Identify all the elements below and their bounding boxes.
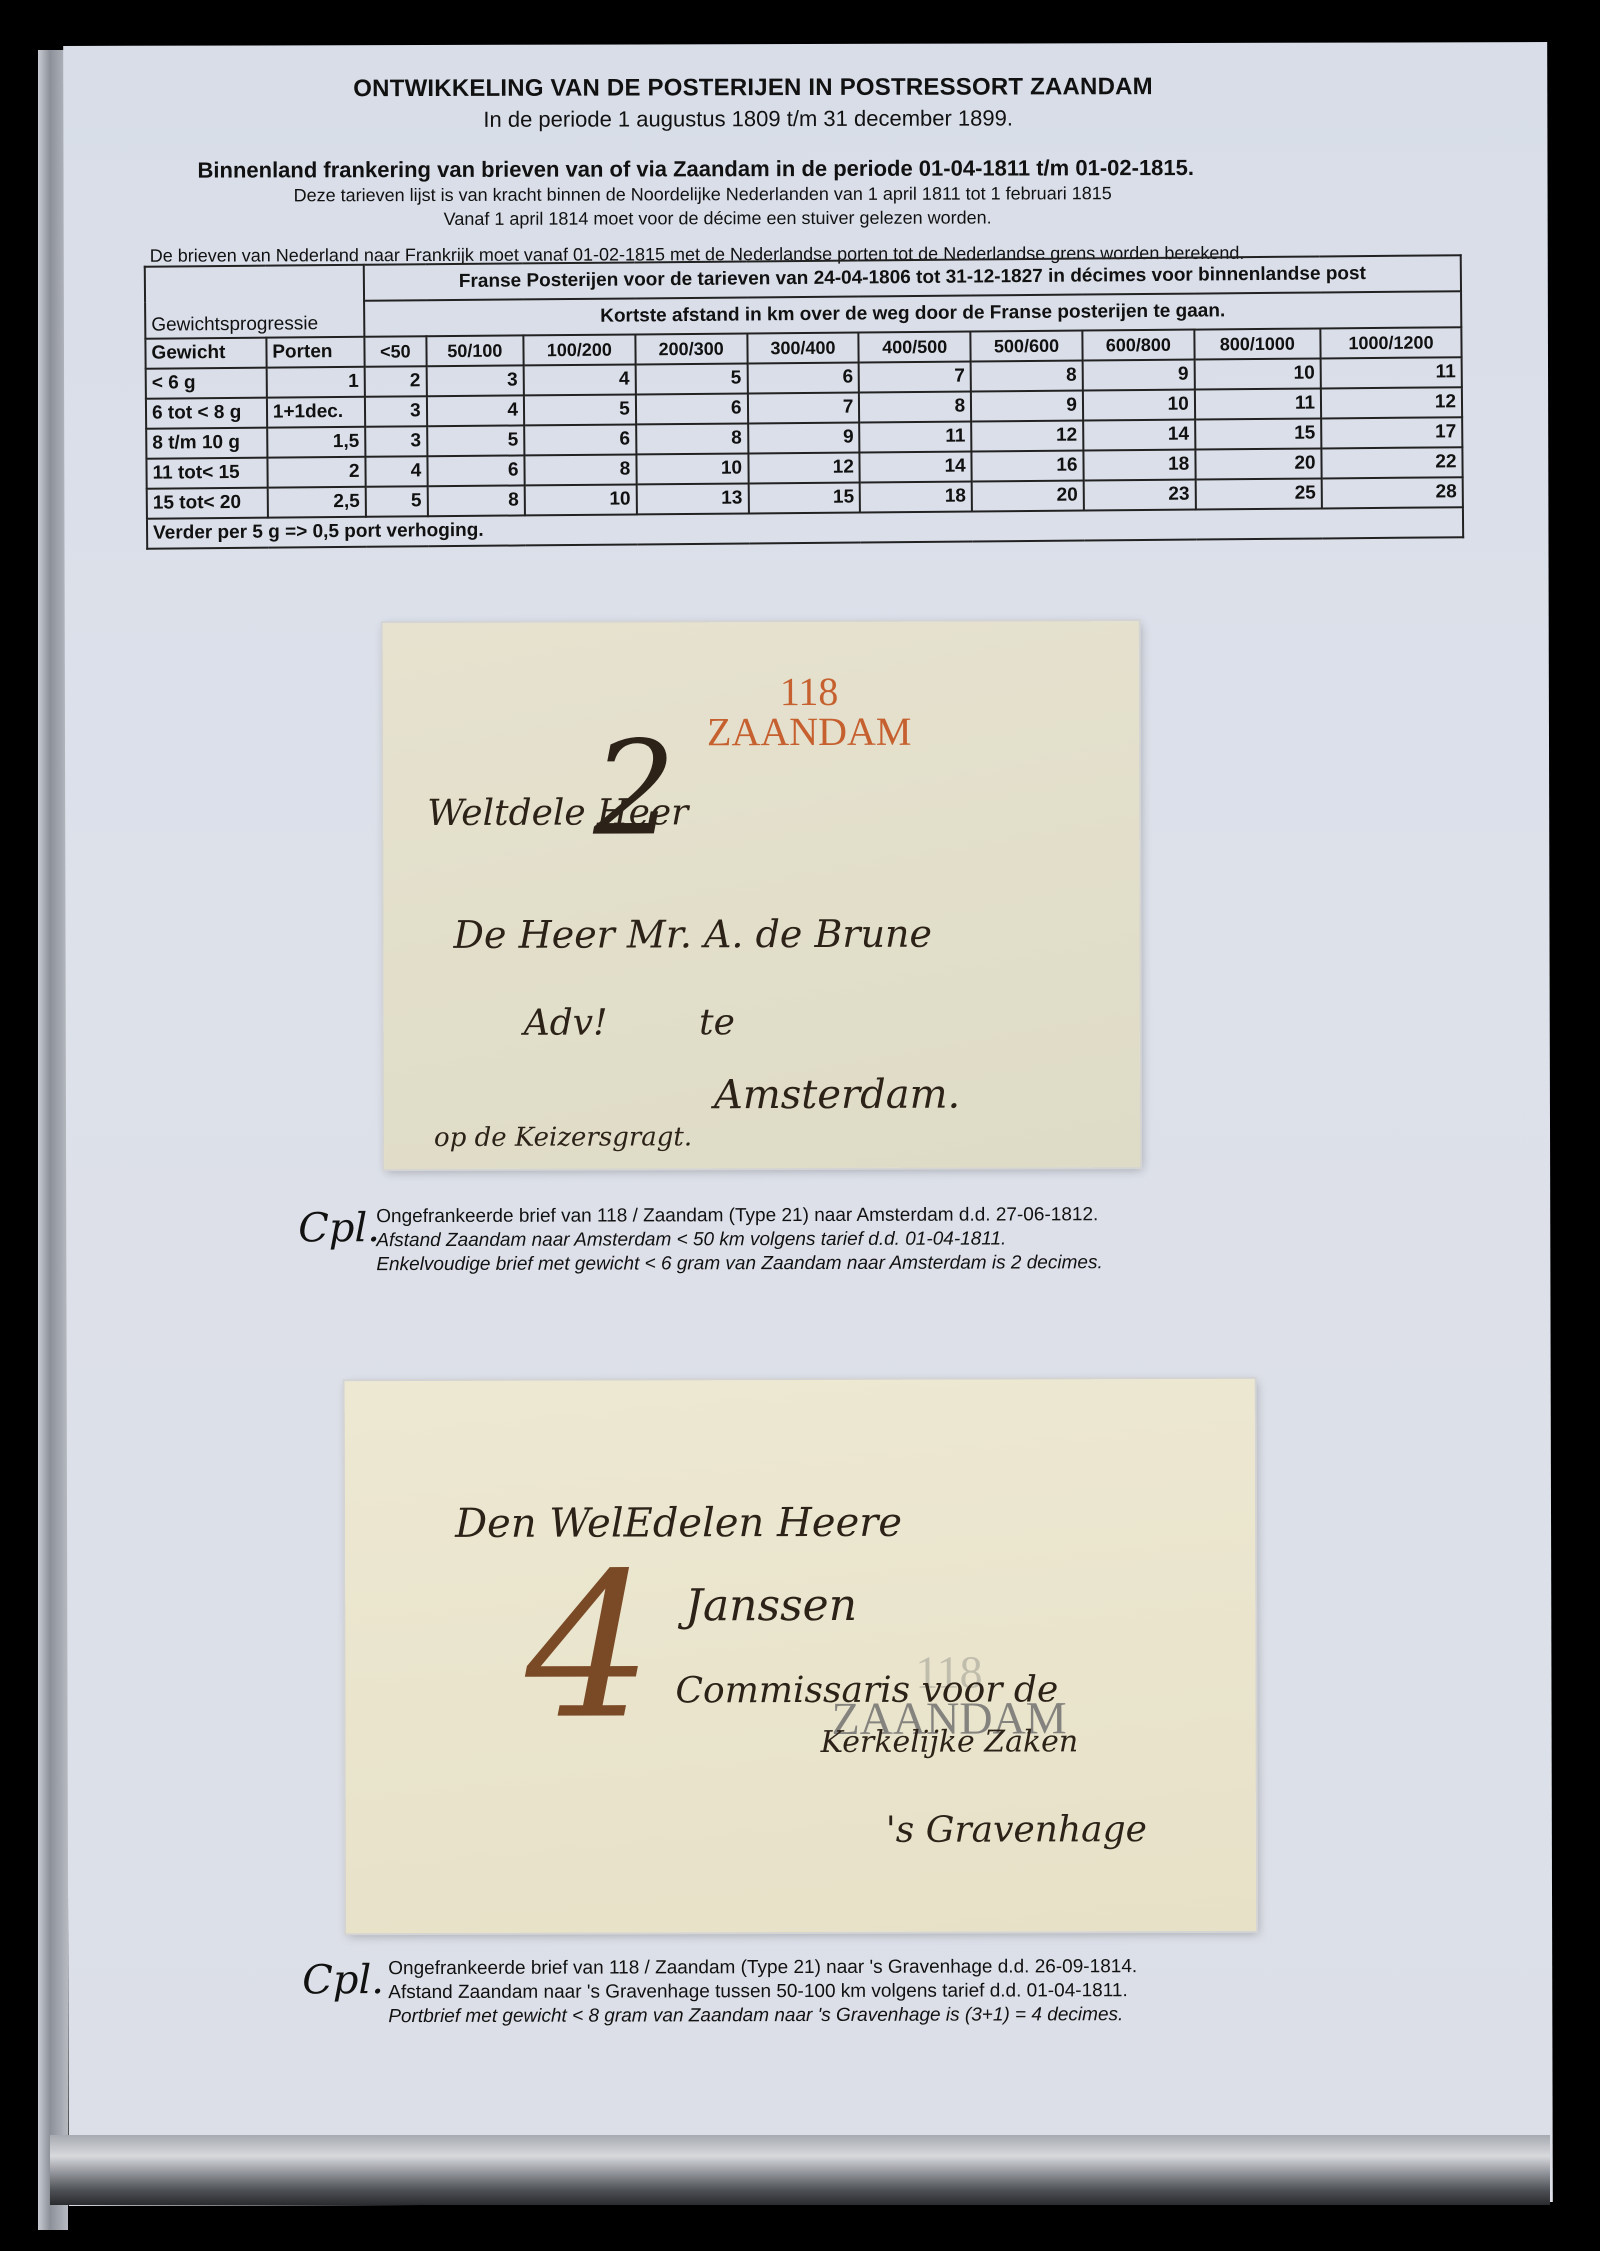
rate-cell: 8	[636, 423, 748, 454]
period-line: In de periode 1 augustus 1809 t/m 31 dec…	[483, 105, 1013, 132]
page-title: ONTWIKKELING VAN DE POSTERIJEN IN POSTRE…	[353, 73, 1153, 103]
caption-mark: Cpl.	[302, 1957, 384, 2003]
note-validity: Deze tarieven lijst is van kracht binnen…	[294, 183, 1112, 206]
rate-cell: 20	[972, 481, 1084, 512]
ports-cell: 2,5	[268, 487, 366, 518]
rate-cell: 12	[748, 452, 860, 483]
rate-cell: 12	[1321, 387, 1462, 418]
col-distance-header: 300/400	[747, 332, 859, 363]
rate-cell: 8	[524, 454, 636, 485]
address-line: Kerkelijke Zaken	[821, 1724, 1079, 1760]
postmark-town: ZAANDAM	[707, 712, 912, 753]
rate-cell: 12	[971, 421, 1083, 452]
rate-cell: 10	[1083, 390, 1195, 421]
col-ports-header: Porten	[266, 337, 364, 368]
letter-cover-amsterdam: 118 ZAANDAM 2 Weltdele Heer De Heer Mr. …	[383, 621, 1140, 1169]
address-line: 's Gravenhage	[886, 1809, 1147, 1851]
postmark-number: 118	[707, 672, 912, 713]
album-sleeve-bottom	[50, 2135, 1550, 2205]
col-weight-header: Gewicht	[145, 338, 266, 369]
address-line: De Heer Mr. A. de Brune	[453, 912, 932, 957]
weight-cell: 11 tot< 15	[146, 458, 267, 489]
rate-cell: 5	[524, 394, 636, 425]
rate-cell: 3	[365, 426, 427, 457]
caption-line: Ongefrankeerde brief van 118 / Zaandam (…	[388, 1955, 1137, 1981]
ports-cell: 1	[266, 367, 364, 398]
rate-cell: 9	[1083, 360, 1195, 391]
rate-cell: 9	[971, 391, 1083, 422]
col-distance-header: 100/200	[523, 334, 635, 365]
note-stuiver: Vanaf 1 april 1814 moet voor de décime e…	[444, 208, 992, 230]
rate-cell: 5	[366, 486, 428, 517]
caption-letter1: Ongefrankeerde brief van 118 / Zaandam (…	[376, 1203, 1103, 1277]
ports-cell: 1,5	[267, 427, 365, 458]
address-line: Adv! te	[524, 1002, 735, 1044]
caption-line: Ongefrankeerde brief van 118 / Zaandam (…	[376, 1203, 1102, 1229]
col-distance-header: 800/1000	[1194, 328, 1321, 359]
ports-cell: 1+1dec.	[267, 397, 365, 428]
rate-cell: 22	[1321, 447, 1462, 478]
rate-cell: 13	[636, 483, 748, 514]
address-line: Weltdele Heer	[427, 792, 688, 834]
rate-cell: 15	[1195, 418, 1322, 449]
rate-cell: 11	[1195, 388, 1322, 419]
address-line: Amsterdam.	[714, 1072, 960, 1119]
postmark-118-zaandam-red: 118 ZAANDAM	[707, 672, 912, 753]
col-distance-header: 500/600	[970, 331, 1082, 362]
weight-progression-header: Gewichtsprogressie	[145, 265, 365, 339]
rate-cell: 16	[972, 451, 1084, 482]
rate-mark: 4	[525, 1530, 653, 1763]
caption-line: Afstand Zaandam naar 's Gravenhage tusse…	[388, 1979, 1137, 2005]
rate-table: Gewichtsprogressie Franse Posterijen voo…	[144, 254, 1464, 549]
rate-cell: 6	[427, 455, 525, 486]
col-distance-header: 200/300	[635, 333, 747, 364]
rate-cell: 7	[859, 362, 971, 393]
caption-line: Enkelvoudige brief met gewicht < 6 gram …	[376, 1251, 1102, 1277]
rate-cell: 4	[524, 364, 636, 395]
ports-cell: 2	[267, 457, 365, 488]
rate-cell: 25	[1195, 478, 1322, 509]
rate-cell: 3	[426, 365, 524, 396]
rate-cell: 18	[860, 482, 972, 513]
rate-cell: 10	[636, 453, 748, 484]
letter-cover-gravenhage: 118 ZAANDAM 4 Den WelEdelen Heere Jansse…	[345, 1379, 1256, 1933]
rate-cell: 8	[427, 485, 525, 516]
caption-letter2: Ongefrankeerde brief van 118 / Zaandam (…	[388, 1955, 1137, 2029]
rate-cell: 7	[747, 392, 859, 423]
col-distance-header: 1000/1200	[1320, 327, 1461, 358]
rate-cell: 3	[365, 396, 427, 427]
address-line: Den WelEdelen Heere	[455, 1500, 902, 1547]
rate-cell: 5	[635, 363, 747, 394]
weight-cell: 6 tot < 8 g	[146, 398, 267, 429]
address-line: Commissaris voor de	[675, 1669, 1058, 1711]
rate-cell: 6	[636, 393, 748, 424]
address-line: op de Keizersgragt.	[434, 1122, 692, 1153]
rate-cell: 20	[1195, 448, 1322, 479]
rate-cell: 10	[525, 484, 637, 515]
rate-cell: 23	[1084, 480, 1196, 511]
rate-cell: 28	[1322, 477, 1463, 508]
rate-cell: 2	[365, 366, 427, 397]
address-line: Janssen	[685, 1580, 857, 1631]
col-distance-header: 50/100	[426, 335, 524, 366]
rate-cell: 5	[427, 425, 525, 456]
weight-cell: < 6 g	[146, 368, 267, 399]
caption-line: Afstand Zaandam naar Amsterdam < 50 km v…	[376, 1227, 1102, 1253]
album-page: ONTWIKKELING VAN DE POSTERIJEN IN POSTRE…	[63, 42, 1553, 2206]
rate-cell: 8	[859, 392, 971, 423]
subtitle: Binnenland frankering van brieven van of…	[197, 155, 1194, 184]
rate-cell: 14	[860, 452, 972, 483]
rate-cell: 14	[1083, 420, 1195, 451]
rate-cell: 8	[971, 361, 1083, 392]
rate-mark: 2	[593, 712, 676, 864]
rate-cell: 9	[748, 422, 860, 453]
col-distance-header: 600/800	[1082, 330, 1194, 361]
col-distance-header: 400/500	[859, 332, 971, 363]
rate-cell: 11	[859, 422, 971, 453]
rate-cell: 6	[747, 362, 859, 393]
col-distance-header: <50	[364, 336, 426, 367]
caption-mark: Cpl.	[298, 1205, 380, 1251]
rate-cell: 18	[1083, 450, 1195, 481]
caption-line: Portbrief met gewicht < 8 gram van Zaand…	[388, 2003, 1137, 2029]
rate-cell: 17	[1321, 417, 1462, 448]
rate-cell: 11	[1321, 357, 1462, 388]
rate-cell: 4	[365, 456, 427, 487]
rate-cell: 10	[1194, 358, 1321, 389]
weight-cell: 8 t/m 10 g	[146, 428, 267, 459]
rate-cell: 6	[524, 424, 636, 455]
rate-cell: 15	[748, 482, 860, 513]
rate-cell: 4	[427, 395, 525, 426]
weight-cell: 15 tot< 20	[147, 488, 268, 519]
